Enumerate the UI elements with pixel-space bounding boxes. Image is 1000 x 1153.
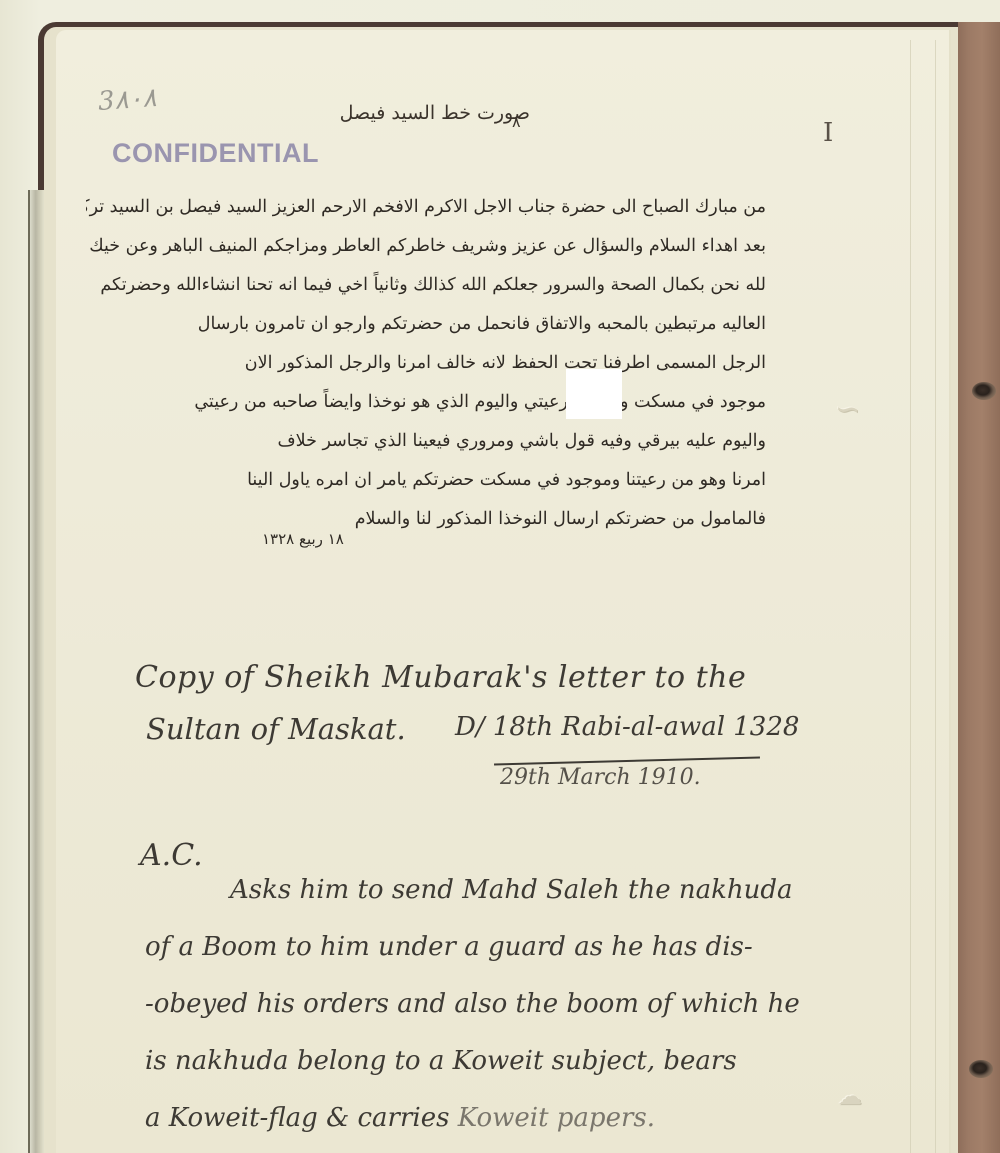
summary-body-text: a Koweit-flag & carries — [145, 1103, 449, 1133]
binder-grommet-upper — [972, 382, 996, 400]
scanned-document: 3٨٠٨ CONFIDENTIAL ٨ صورت خط السيد فيصل Ⅰ… — [0, 0, 1000, 1153]
blind-emboss-mark: ∽ — [835, 392, 860, 427]
redaction-box — [566, 369, 622, 419]
summary-body-line-last: a Koweit-flag & carries Koweit papers. — [145, 1090, 835, 1147]
arabic-line: بعد اهداء السلام والسؤال عن عزيز وشريف خ… — [86, 227, 766, 266]
arabic-line: فالمامول من حضرتكم ارسال النوخذا المذكور… — [86, 500, 766, 539]
folio-mark: Ⅰ — [823, 118, 833, 148]
summary-title-line-2: Sultan of Maskat. — [146, 712, 406, 746]
pencil-folio-number: 3٨٠٨ — [97, 83, 157, 117]
summary-body-tail: Koweit papers. — [458, 1103, 655, 1133]
summary-body-line: Asks him to send Mahd Saleh the nakhuda — [145, 862, 835, 919]
page-margin-rule — [910, 40, 911, 1153]
arabic-signoff-date: ١٨ ربيع ١٣٢٨ — [262, 530, 344, 548]
summary-body-line: of a Boom to him under a guard as he has… — [145, 919, 835, 976]
arabic-line: موجود في مسكت وهو من رعيتي واليوم الذي ه… — [86, 383, 766, 422]
arabic-line: لله نحن بكمال الصحة والسرور جعلكم الله ك… — [86, 266, 766, 305]
blind-emboss-mark-lower: ☁ — [838, 1082, 862, 1110]
summary-date-hijri: D/ 18th Rabi-al-awal 1328 — [455, 712, 799, 742]
arabic-line: العاليه مرتبطين بالمحبه والاتفاق فانحمل … — [86, 305, 766, 344]
summary-date-gregorian: 29th March 1910. — [500, 765, 701, 790]
page-margin-rule-outer — [935, 40, 936, 1153]
arabic-letter-body: من مبارك الصباح الى حضرة جناب الاجل الاك… — [86, 188, 766, 539]
confidential-stamp: CONFIDENTIAL — [112, 138, 319, 169]
arabic-line: من مبارك الصباح الى حضرة جناب الاجل الاك… — [86, 188, 766, 227]
summary-title-line-1: Copy of Sheikh Mubarak's letter to the — [135, 660, 746, 695]
binder-grommet-lower — [969, 1060, 993, 1078]
arabic-line: امرنا وهو من رعيتنا وموجود في مسكت حضرتك… — [86, 461, 766, 500]
binder-folder — [955, 22, 1000, 1153]
summary-body-line: is nakhuda belong to a Koweit subject, b… — [145, 1033, 835, 1090]
page-left-edge — [28, 190, 44, 1153]
summary-body-line: -obeyed his orders and also the boom of … — [145, 976, 835, 1033]
arabic-line: الرجل المسمى اطرفنا تحت الحفظ لانه خالف … — [86, 344, 766, 383]
arabic-letter-title: صورت خط السيد فيصل — [280, 102, 530, 124]
arabic-line: واليوم عليه بيرقي وفيه قول باشي ومروري ف… — [86, 422, 766, 461]
summary-body: Asks him to send Mahd Saleh the nakhuda … — [145, 862, 835, 1147]
